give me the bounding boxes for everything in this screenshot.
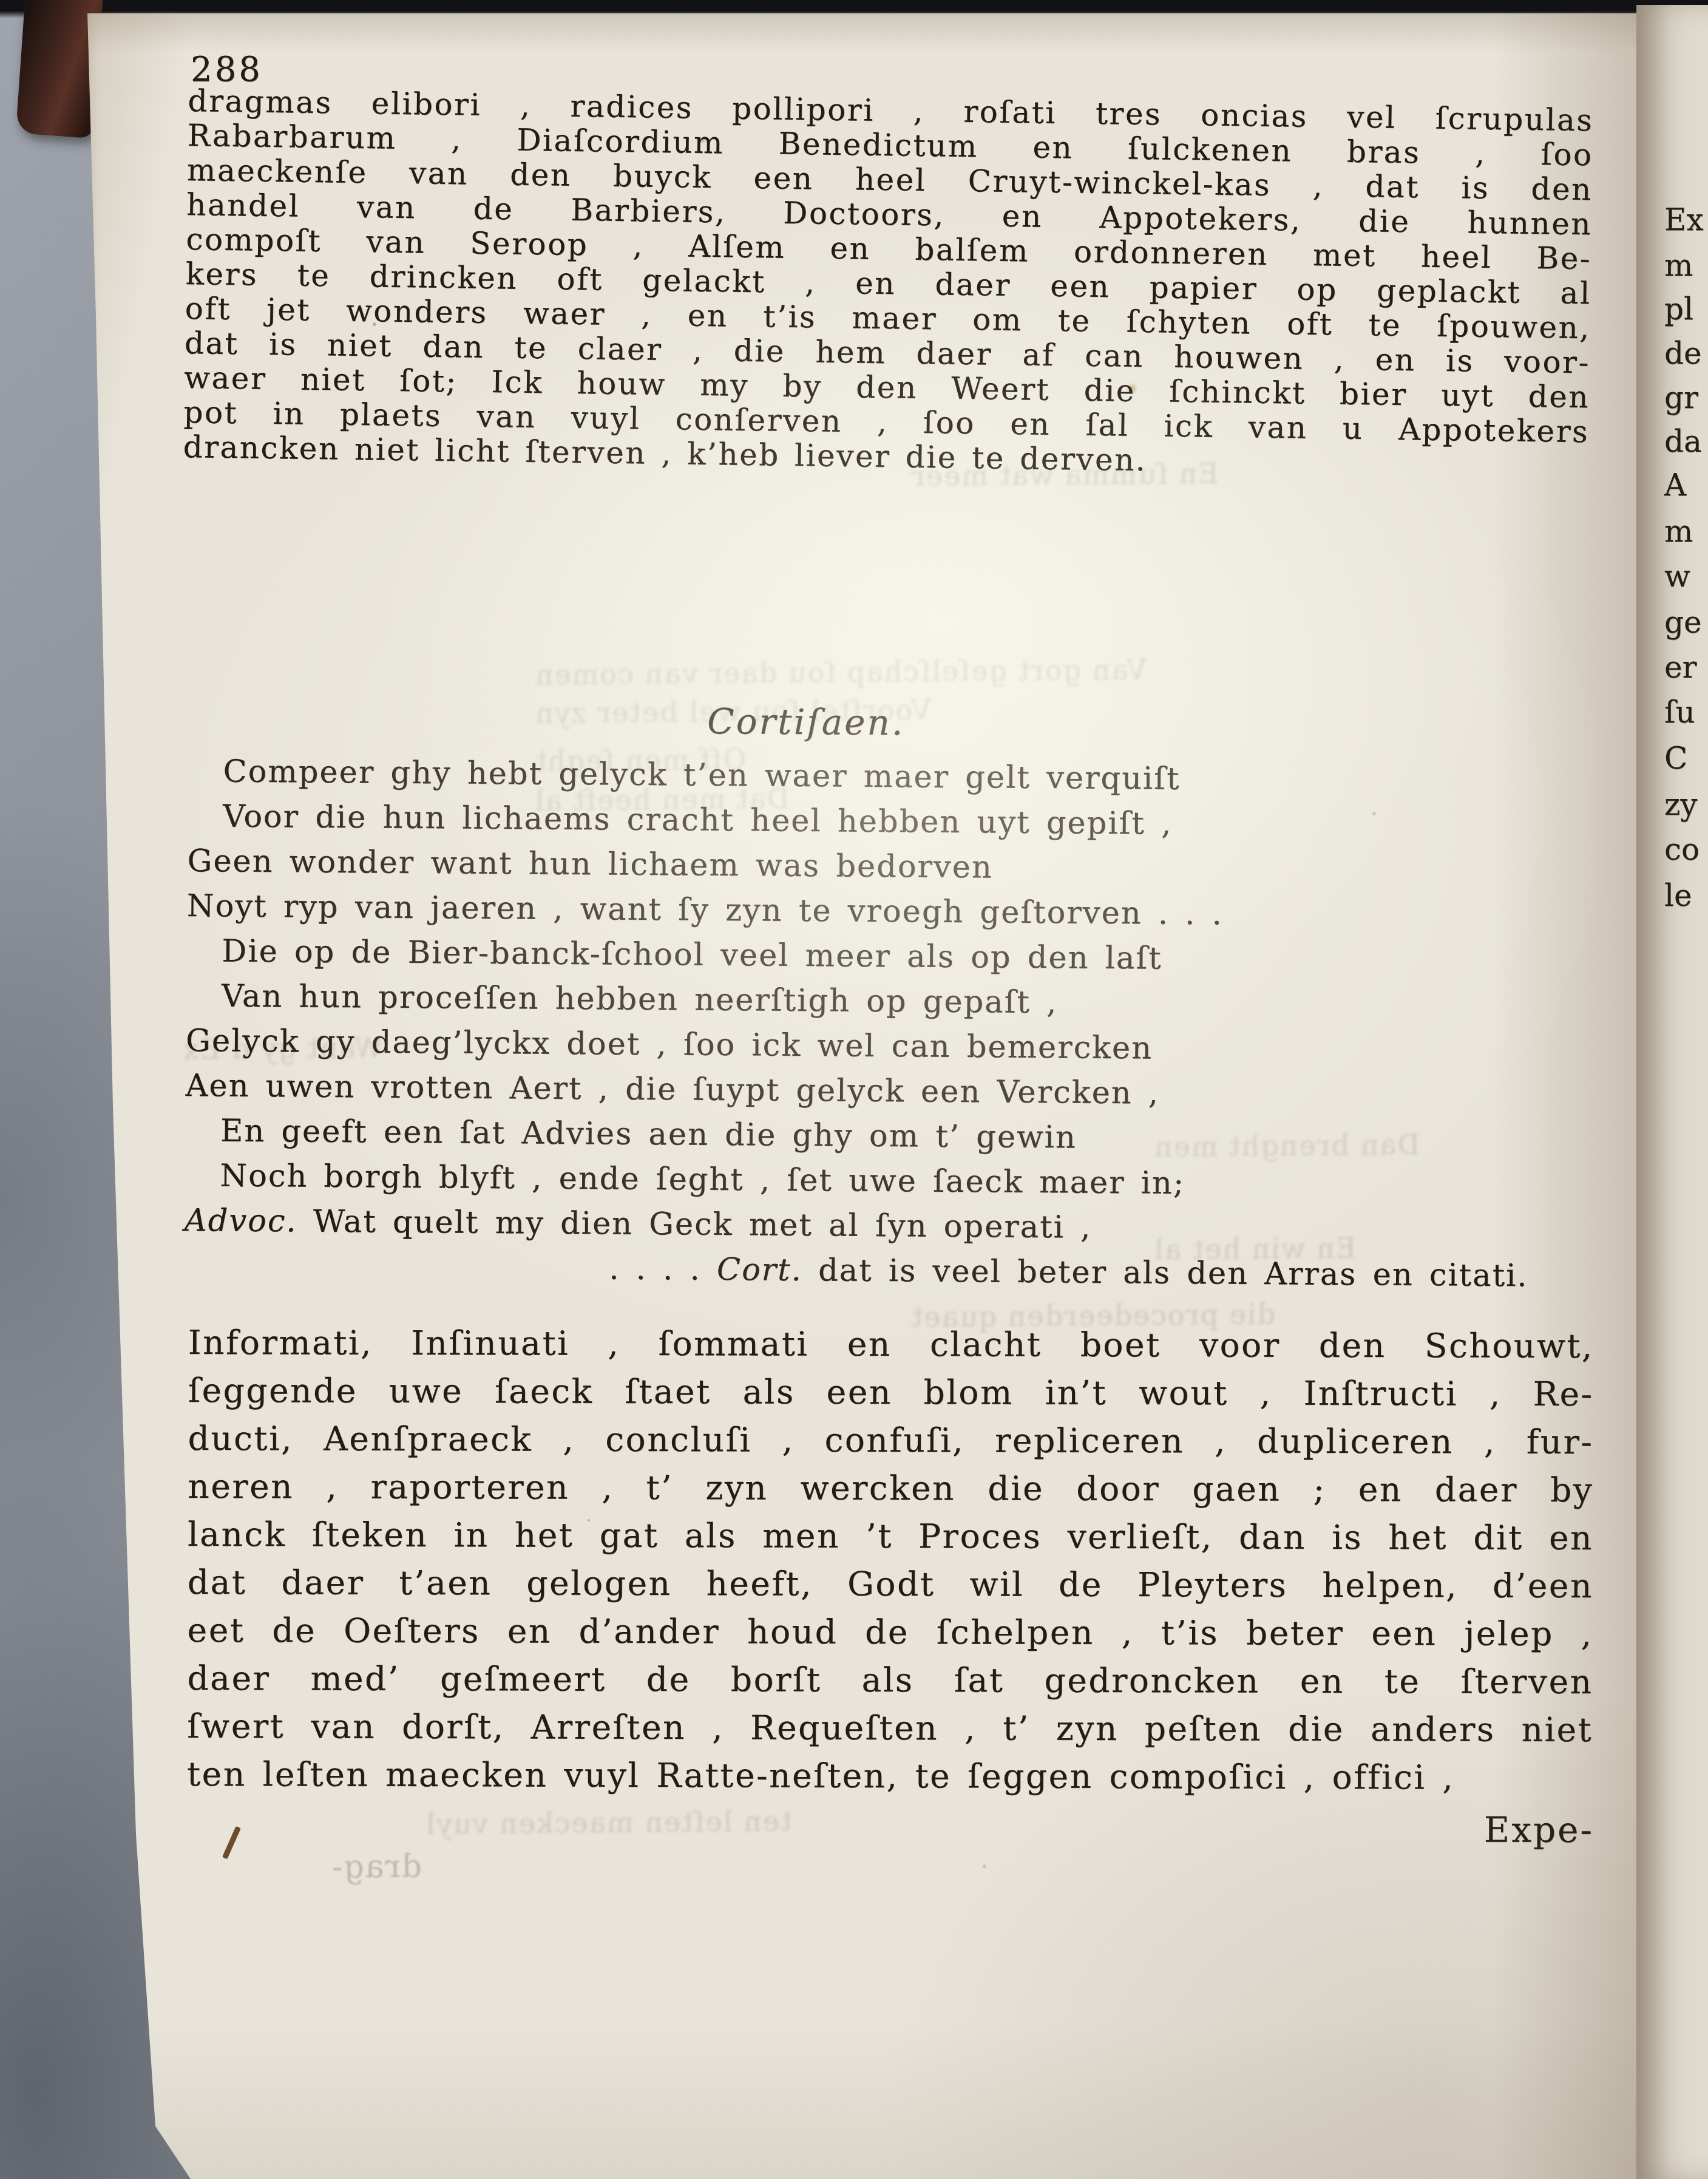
paragraph-line: lanck ſteken in het gat als men ’t Proce…	[188, 1511, 1593, 1562]
facing-page-fragment: m	[1664, 514, 1693, 549]
speaker-label: Advoc.	[185, 1203, 297, 1239]
second-paragraph: Informati, Inſinuati , ſommati en clacht…	[187, 1319, 1594, 1802]
facing-page-fragment: m	[1664, 248, 1693, 283]
paragraph-line: ſeggende uwe ſaeck ſtaet als een blom in…	[188, 1367, 1594, 1418]
facing-page-fragment: w	[1664, 559, 1690, 594]
catchword: Expe-	[188, 1807, 1594, 1851]
facing-page-fragment: ſu	[1664, 695, 1695, 730]
poem-line-text: dat is veel beter als den Arras en citat…	[802, 1253, 1528, 1294]
paragraph-line: ten leſten maecken vuyl Ratte-neſten, te…	[187, 1750, 1593, 1802]
facing-page-fragment: er	[1664, 650, 1697, 685]
facing-page-fragment: ge	[1664, 605, 1702, 640]
facing-page-fragment: Ex	[1664, 202, 1704, 237]
paragraph-line: daer med’ geſmeert de borſt als ſat gedr…	[187, 1654, 1593, 1706]
facing-page-fragment: pl	[1664, 291, 1693, 327]
paragraph-line: neren , raporteren , t’ zyn wercken die …	[188, 1463, 1593, 1514]
paragraph-line: ſwert van dorſt, Arreſten , Requeſten , …	[187, 1702, 1593, 1754]
paragraph-line: dat daer t’aen gelogen heeft, Godt wil d…	[188, 1559, 1593, 1610]
page-left-edge	[78, 13, 98, 2179]
poem-dots: . . . .	[609, 1251, 717, 1287]
first-paragraph: dragmas elibori , radices pollipori , ro…	[183, 84, 1594, 484]
paragraph-line: eet de Oeſters en d’ander houd de ſchelp…	[188, 1606, 1593, 1658]
facing-page-fragment: de	[1664, 336, 1702, 371]
facing-page-fragment: le	[1664, 878, 1692, 913]
facing-page-fragment: zy	[1664, 787, 1698, 822]
speaker-label: Cort.	[717, 1252, 802, 1288]
poem-line-text: Wat quelt my dien Geck met al ſyn operat…	[297, 1203, 1091, 1245]
facing-page-fragment: da	[1664, 424, 1702, 459]
facing-page-strip: Ex m pl de gr da A m w ge er ſu C zy co …	[1636, 5, 1708, 2179]
show-through-line: Van gort geſelſchap ſou daer van comen	[534, 653, 1147, 692]
facing-page-fragment: co	[1664, 832, 1700, 867]
photo-background: { "page": { "number": "288", "paragraph1…	[0, 0, 1708, 2179]
paragraph-line: Informati, Inſinuati , ſommati en clacht…	[188, 1319, 1594, 1370]
facing-page-fragment: gr	[1664, 380, 1698, 415]
section-heading: Cortiſaen.	[103, 696, 1509, 747]
facing-page-fragment: C	[1664, 741, 1687, 776]
poem: Compeer ghy hebt gelyck t’en waer maer g…	[184, 749, 1594, 1299]
facing-page-fragment: A	[1664, 467, 1686, 503]
verso-catchword: drag-	[331, 1848, 422, 1885]
book-page: En ſumma wat meer Van gort geſelſchap ſo…	[78, 13, 1649, 2179]
paragraph-line: ducti, Aenſpraeck , concluſi , confuſi, …	[188, 1415, 1593, 1466]
